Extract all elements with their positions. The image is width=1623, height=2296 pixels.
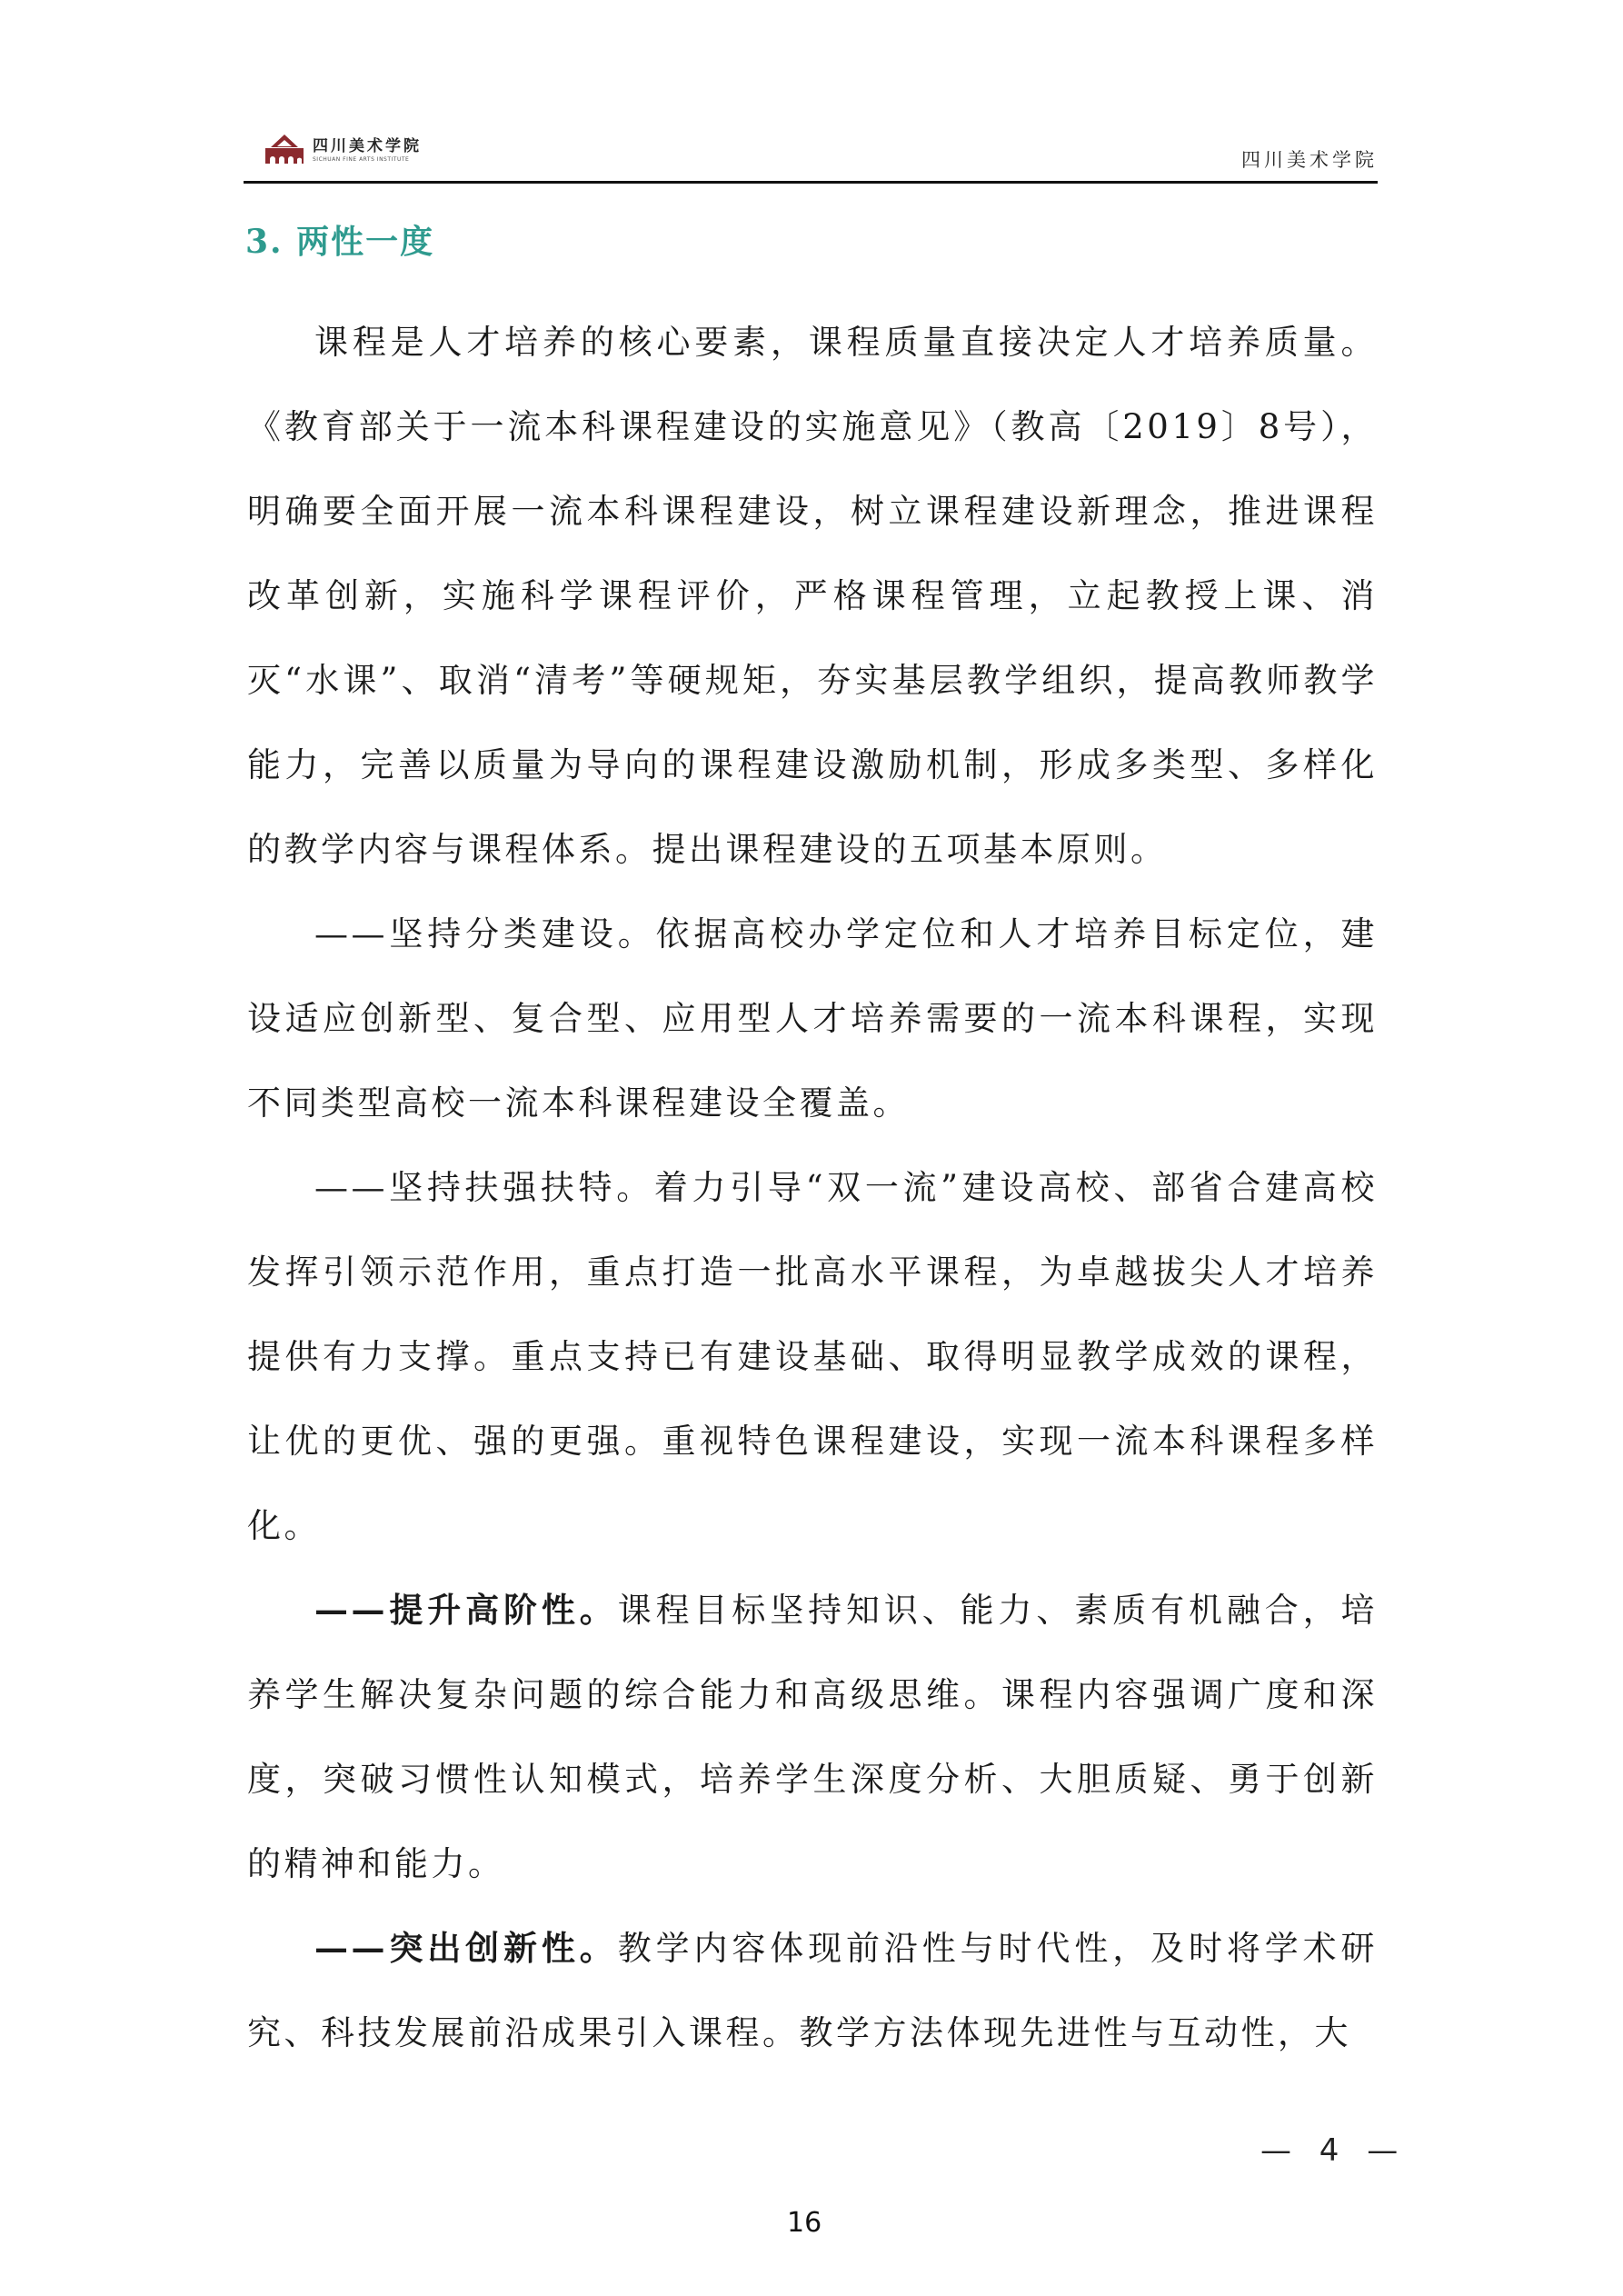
logo-english-name: SICHUAN FINE ARTS INSTITUTE [313, 155, 422, 164]
document-body: 课程是人才培养的核心要素，课程质量直接决定人才培养质量。《教育部关于一流本科课程… [247, 300, 1378, 2075]
page-header: 四川美术学院 SICHUAN FINE ARTS INSTITUTE 四川美术学… [244, 109, 1378, 185]
institute-logo: 四川美术学院 SICHUAN FINE ARTS INSTITUTE [264, 127, 422, 164]
paragraph-intro: 课程是人才培养的核心要素，课程质量直接决定人才培养质量。《教育部关于一流本科课程… [247, 300, 1378, 892]
paragraph-lead-bold: ——突出创新性。 [314, 1928, 618, 1968]
header-divider [244, 181, 1378, 184]
logo-chinese-name: 四川美术学院 [313, 137, 422, 155]
paragraph-high-order: ——提升高阶性。课程目标坚持知识、能力、素质有机融合，培养学生解决复杂问题的综合… [247, 1568, 1378, 1906]
paragraph-innovation: ——突出创新性。教学内容体现前沿性与时代性，及时将学术研究、科技发展前沿成果引入… [247, 1906, 1378, 2075]
section-title: 3. 两性一度 [245, 216, 434, 263]
paragraph-support-strong: ——坚持扶强扶特。着力引导“双一流”建设高校、部省合建高校发挥引领示范作用，重点… [247, 1145, 1378, 1568]
inner-page-number: — 4 — [1260, 2132, 1407, 2169]
paragraph-lead-bold: ——提升高阶性。 [314, 1590, 618, 1630]
header-institute-name: 四川美术学院 [1241, 145, 1378, 173]
building-logo-icon [264, 133, 305, 164]
page-number: 16 [787, 2207, 821, 2239]
paragraph-classified-construction: ——坚持分类建设。依据高校办学定位和人才培养目标定位，建设适应创新型、复合型、应… [247, 892, 1378, 1145]
